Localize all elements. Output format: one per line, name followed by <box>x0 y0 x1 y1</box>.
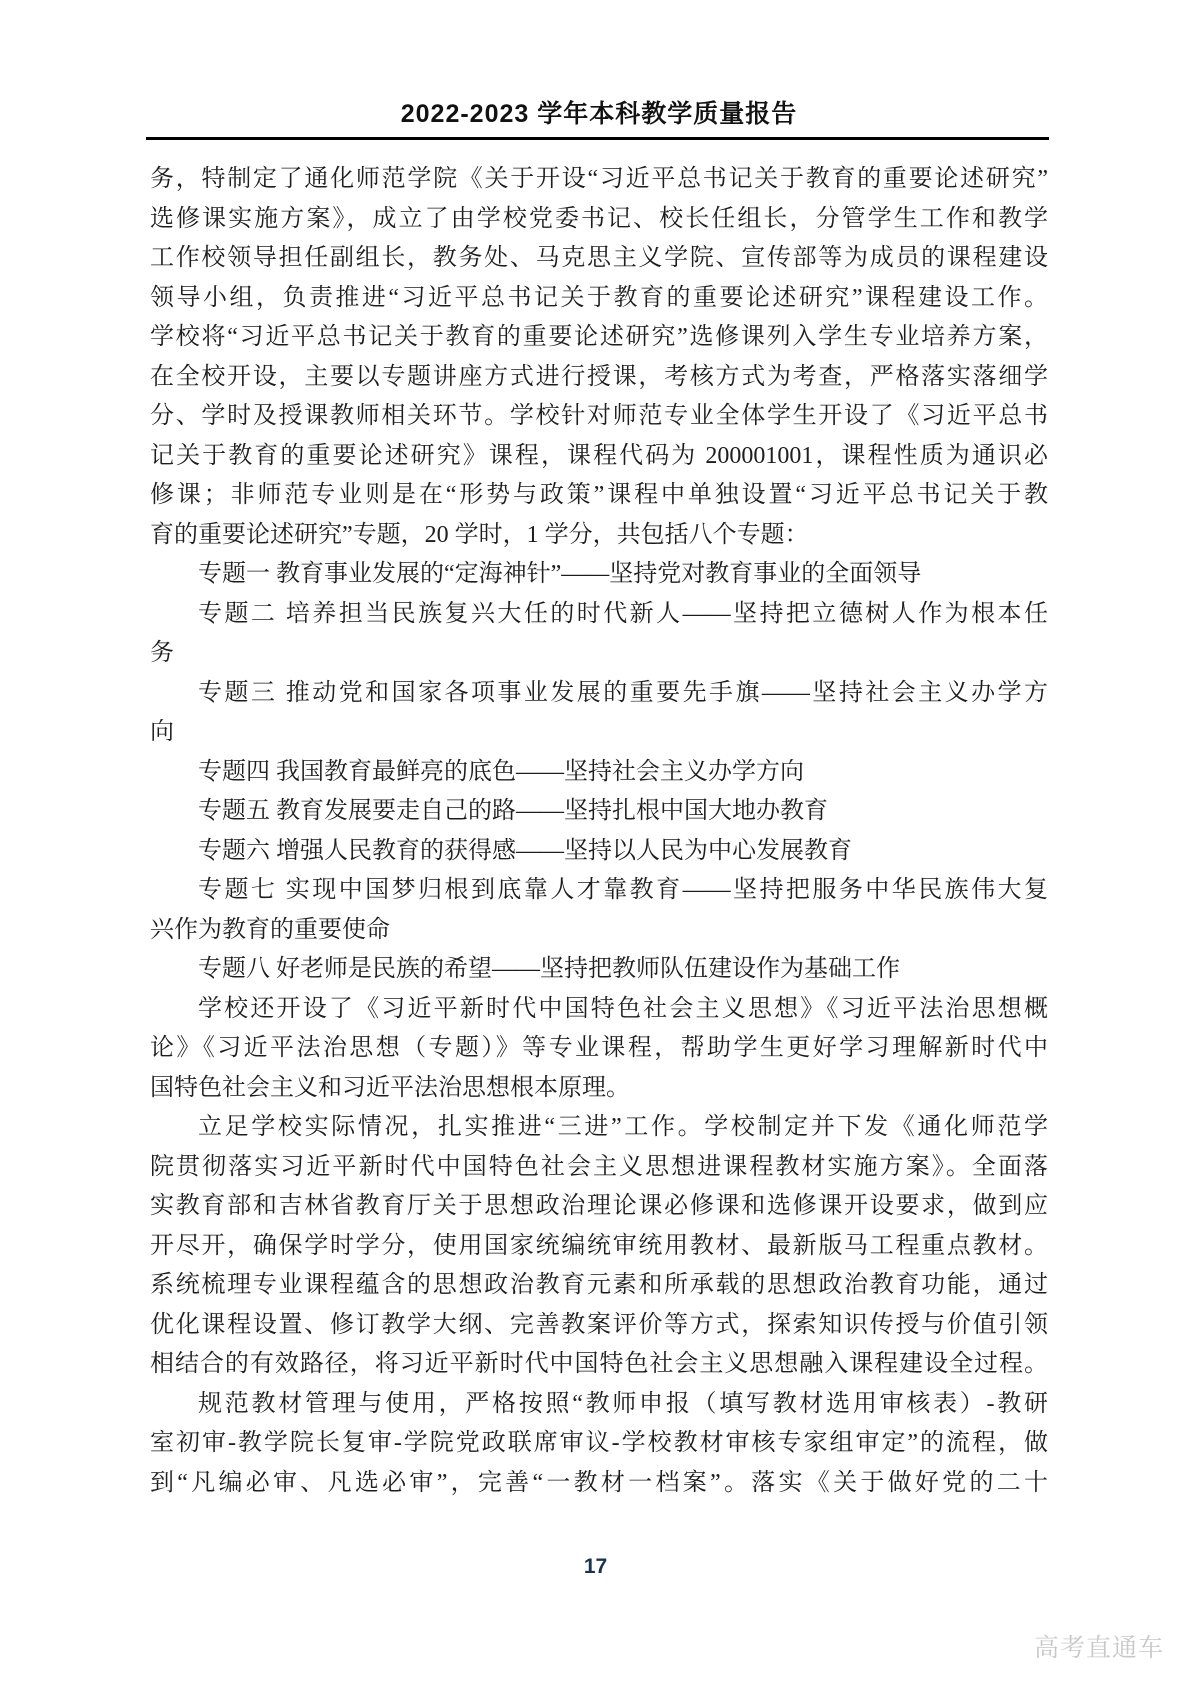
text-line: 专题五 教育发展要走自己的路——坚持扎根中国大地办教育 <box>150 792 1048 832</box>
text-line: 院贯彻落实习近平新时代中国特色社会主义思想进课程教材实施方案》。全面落 <box>150 1148 1048 1188</box>
text-line: 规范教材管理与使用，严格按照“教师申报（填写教材选用审核表）-教研 <box>150 1385 1048 1425</box>
text-line: 专题四 我国教育最鲜亮的底色——坚持社会主义办学方向 <box>150 753 1048 793</box>
text-line: 优化课程设置、修订教学大纲、完善教案评价等方式，探索知识传授与价值引领 <box>150 1306 1048 1346</box>
text-line: 学校还开设了《习近平新时代中国特色社会主义思想》《习近平法治思想概 <box>150 990 1048 1030</box>
text-line: 学校将“习近平总书记关于教育的重要论述研究”选修课列入学生专业培养方案， <box>150 318 1048 358</box>
text-line: 国特色社会主义和习近平法治思想根本原理。 <box>150 1069 1048 1109</box>
text-line: 工作校领导担任副组长，教务处、马克思主义学院、宣传部等为成员的课程建设 <box>150 239 1048 279</box>
document-body: 务，特制定了通化师范学院《关于开设“习近平总书记关于教育的重要论述研究”选修课实… <box>150 160 1048 1503</box>
text-line: 记关于教育的重要论述研究》课程，课程代码为 200001001，课程性质为通识必 <box>150 437 1048 477</box>
text-line: 专题八 好老师是民族的希望——坚持把教师队伍建设作为基础工作 <box>150 950 1048 990</box>
text-line: 室初审-教学院长复审-学院党政联席审议-学校教材审核专家组审定”的流程，做 <box>150 1424 1048 1464</box>
text-line: 到“凡编必审、凡选必审”，完善“一教材一档案”。落实《关于做好党的二十 <box>150 1464 1048 1504</box>
text-line: 相结合的有效路径，将习近平新时代中国特色社会主义思想融入课程建设全过程。 <box>150 1345 1048 1385</box>
text-line: 选修课实施方案》，成立了由学校党委书记、校长任组长，分管学生工作和教学 <box>150 200 1048 240</box>
text-line: 专题一 教育事业发展的“定海神针”——坚持党对教育事业的全面领导 <box>150 555 1048 595</box>
text-line: 务 <box>150 634 1048 674</box>
text-line: 分、学时及授课教师相关环节。学校针对师范专业全体学生开设了《习近平总书 <box>150 397 1048 437</box>
text-line: 领导小组，负责推进“习近平总书记关于教育的重要论述研究”课程建设工作。 <box>150 279 1048 319</box>
text-line: 在全校开设，主要以专题讲座方式进行授课，考核方式为考查，严格落实落细学 <box>150 358 1048 398</box>
text-line: 立足学校实际情况，扎实推进“三进”工作。学校制定并下发《通化师范学 <box>150 1108 1048 1148</box>
text-line: 育的重要论述研究”专题，20 学时，1 学分，共包括八个专题： <box>150 516 1048 556</box>
text-line: 兴作为教育的重要使命 <box>150 911 1048 951</box>
text-line: 务，特制定了通化师范学院《关于开设“习近平总书记关于教育的重要论述研究” <box>150 160 1048 200</box>
header-title: 2022-2023 学年本科教学质量报告 <box>150 99 1048 129</box>
page-number: 17 <box>0 1555 1191 1579</box>
text-line: 专题七 实现中国梦归根到底靠人才靠教育——坚持把服务中华民族伟大复 <box>150 871 1048 911</box>
text-line: 专题三 推动党和国家各项事业发展的重要先手旗——坚持社会主义办学方 <box>150 674 1048 714</box>
text-line: 向 <box>150 713 1048 753</box>
text-line: 专题二 培养担当民族复兴大任的时代新人——坚持把立德树人作为根本任 <box>150 595 1048 635</box>
text-line: 专题六 增强人民教育的获得感——坚持以人民为中心发展教育 <box>150 832 1048 872</box>
text-line: 修课；非师范专业则是在“形势与政策”课程中单独设置“习近平总书记关于教 <box>150 476 1048 516</box>
text-line: 开尽开，确保学时学分，使用国家统编统审统用教材、最新版马工程重点教材。 <box>150 1227 1048 1267</box>
document-page: 2022-2023 学年本科教学质量报告 务，特制定了通化师范学院《关于开设“习… <box>0 0 1191 1684</box>
text-line: 论》《习近平法治思想（专题）》等专业课程，帮助学生更好学习理解新时代中 <box>150 1029 1048 1069</box>
text-line: 系统梳理专业课程蕴含的思想政治教育元素和所承载的思想政治教育功能，通过 <box>150 1266 1048 1306</box>
header-rule <box>146 137 1049 140</box>
watermark: 高考直通车 <box>1034 1628 1164 1664</box>
text-line: 实教育部和吉林省教育厅关于思想政治理论课必修课和选修课开设要求，做到应 <box>150 1187 1048 1227</box>
